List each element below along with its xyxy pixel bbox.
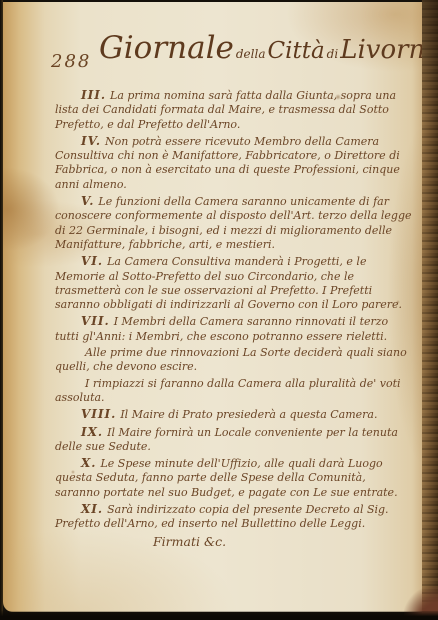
manuscript-body: III.La prima nomina sarà fatta dalla Giu… <box>55 88 413 549</box>
article-numeral: V. <box>81 194 94 208</box>
article-text: Le funzioni della Camera saranno unicame… <box>55 195 412 251</box>
article-text: Le Spese minute dell'Uffizio, alle quali… <box>55 457 398 499</box>
title-word-giornale: Giornale <box>99 30 234 66</box>
closing-signature: Firmati &c. <box>153 535 413 549</box>
article-vii-clause-2: I rimpiazzi si faranno dalla Camera alla… <box>55 377 413 406</box>
article-viii: VIII.Il Maire di Prato presiederà a ques… <box>55 407 413 422</box>
article-vii: VII.I Membri della Camera saranno rinnov… <box>55 314 413 344</box>
article-numeral: XI. <box>81 502 103 516</box>
article-text: Sarà indirizzato copia del presente Decr… <box>55 503 389 530</box>
article-numeral: VII. <box>81 314 110 328</box>
fore-edge-shadow <box>422 0 438 120</box>
article-v: V.Le funzioni della Camera saranno unica… <box>55 194 413 252</box>
article-text: Il Maire fornirà un Locale conveniente p… <box>55 426 398 453</box>
article-xi: XI.Sarà indirizzato copia del presente D… <box>55 502 413 532</box>
article-numeral: VI. <box>81 254 103 268</box>
article-text: Non potrà essere ricevuto Membro della C… <box>55 135 400 191</box>
article-x: X.Le Spese minute dell'Uffizio, alle qua… <box>55 456 413 500</box>
table-shadow-strip <box>0 611 438 620</box>
manuscript-page: 288 GiornaledellaCittàdiLivorno III.La p… <box>3 2 429 612</box>
article-numeral: X. <box>81 456 97 470</box>
title-word-di: di <box>327 47 339 61</box>
article-iii: III.La prima nomina sarà fatta dalla Giu… <box>55 88 413 132</box>
article-text: Il Maire di Prato presiederà a questa Ca… <box>120 408 377 421</box>
article-text: La Camera Consultiva manderà i Progetti,… <box>55 255 402 311</box>
article-text: I rimpiazzi si faranno dalla Camera alla… <box>55 377 401 404</box>
article-vi: VI.La Camera Consultiva manderà i Proget… <box>55 254 413 312</box>
article-text: Alle prime due rinnovazioni La Sorte dec… <box>55 346 407 373</box>
article-numeral: III. <box>81 88 106 102</box>
title-word-della: della <box>236 47 266 61</box>
article-numeral: IV. <box>81 134 101 148</box>
article-iv: IV.Non potrà essere ricevuto Membro dell… <box>55 134 413 192</box>
article-ix: IX.Il Maire fornirà un Locale convenient… <box>55 425 413 455</box>
page-title: GiornaledellaCittàdiLivorno <box>99 28 419 66</box>
page-number: 288 <box>51 51 91 72</box>
article-vii-clause-1: Alle prime due rinnovazioni La Sorte dec… <box>55 346 413 375</box>
article-numeral: IX. <box>81 425 103 439</box>
title-word-citta: Città <box>268 38 325 64</box>
binding-gutter-line <box>0 0 3 620</box>
article-text: La prima nomina sarà fatta dalla Giunta,… <box>55 89 396 131</box>
article-numeral: VIII. <box>81 407 116 421</box>
manuscript-scan: 288 GiornaledellaCittàdiLivorno III.La p… <box>0 0 438 620</box>
